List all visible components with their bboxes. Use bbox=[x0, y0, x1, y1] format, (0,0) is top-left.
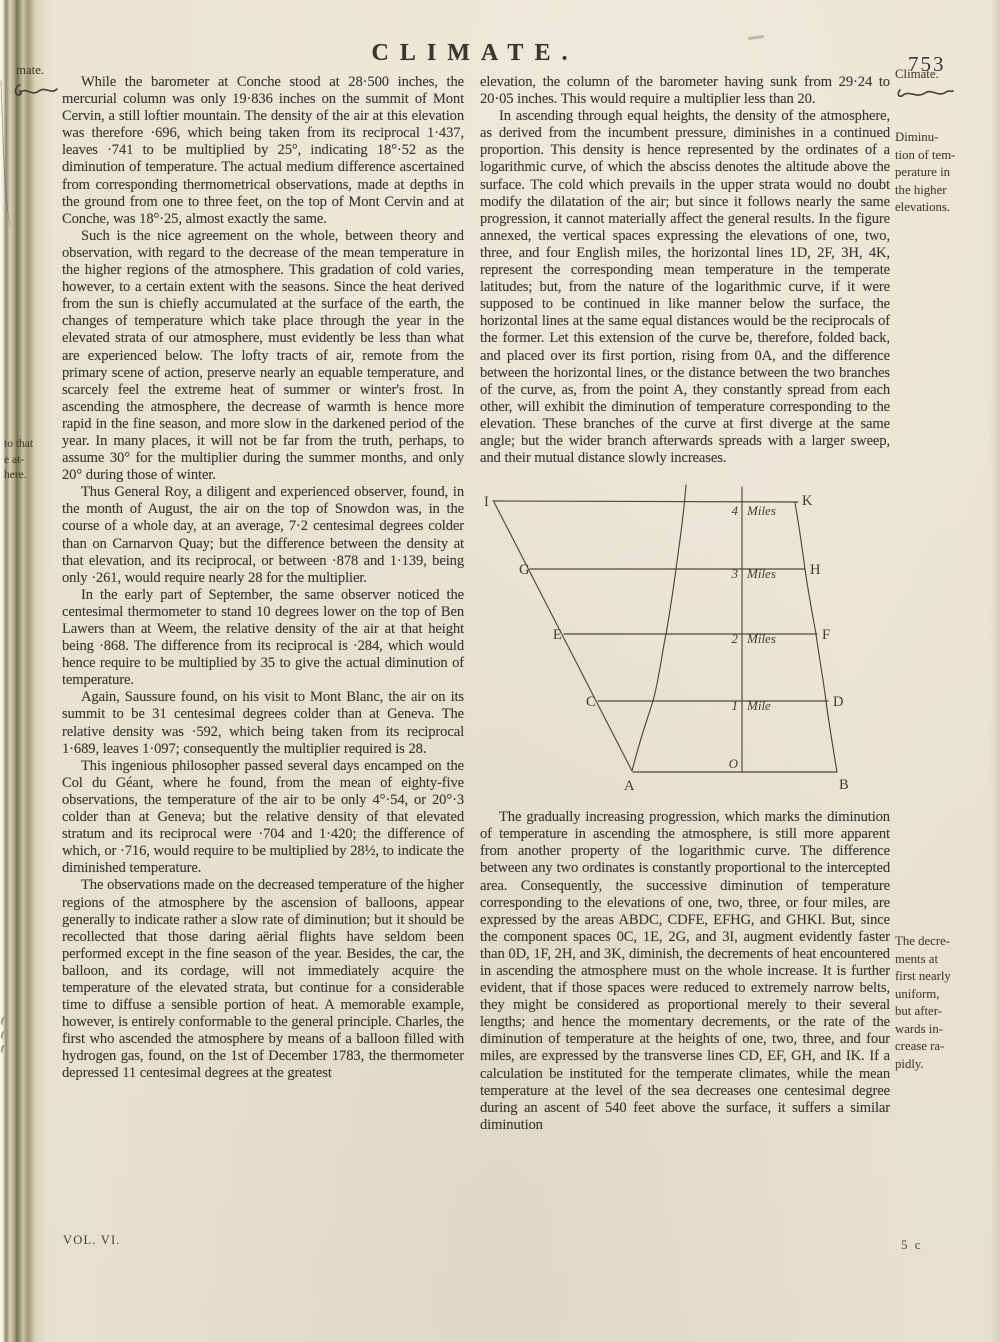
diagram-label-K: K bbox=[802, 493, 813, 509]
margin-note-line: crease ra- bbox=[895, 1038, 995, 1056]
diagram-right-branch bbox=[795, 503, 837, 772]
body-paragraph: Thus General Roy, a diligent and experie… bbox=[62, 484, 464, 587]
body-paragraph: The observations made on the decreased t… bbox=[62, 877, 464, 1082]
margin-note-line: perature in bbox=[895, 164, 995, 182]
body-paragraph: elevation, the column of the barometer h… bbox=[480, 74, 890, 108]
body-paragraph: In the early part of September, the same… bbox=[62, 587, 464, 690]
volume-footer: VOL. VI. bbox=[63, 1233, 121, 1248]
margin-note-line: here. bbox=[4, 468, 33, 484]
margin-note-line: Diminu- bbox=[895, 129, 995, 147]
left-margin-note-fragment: to that e at- here. bbox=[4, 437, 33, 484]
right-margin-running-head: Climate. bbox=[895, 66, 939, 84]
diagram-label-A: A bbox=[624, 778, 635, 794]
margin-note-line: tion of tem- bbox=[895, 147, 995, 165]
body-paragraph: Again, Saussure found, on his visit to M… bbox=[62, 689, 464, 757]
margin-note-line: elevations. bbox=[895, 199, 995, 217]
margin-note-line: e at- bbox=[4, 453, 33, 469]
diagram-scale-4: 4 bbox=[732, 503, 739, 518]
margin-note-line: wards in- bbox=[895, 1021, 995, 1039]
margin-note-line: The decre- bbox=[895, 933, 995, 951]
right-margin-note-decrements: The decre- ments at first nearly uniform… bbox=[895, 933, 995, 1073]
margin-note-line: uniform, bbox=[895, 986, 995, 1004]
diagram-label-E: E bbox=[553, 627, 562, 643]
printer-signature: 5 c bbox=[901, 1237, 923, 1253]
body-paragraph: Such is the nice agreement on the whole,… bbox=[62, 228, 464, 484]
diagram-label-F: F bbox=[822, 627, 830, 643]
diagram-label-H: H bbox=[810, 562, 821, 578]
diagram-label-B: B bbox=[839, 777, 849, 793]
page-edge-marks bbox=[1, 1012, 9, 1059]
right-margin-flourish-icon bbox=[896, 86, 956, 104]
diagram-left-branch bbox=[494, 502, 632, 771]
diagram-label-C: C bbox=[586, 694, 596, 710]
diagram-scale-3: 3 bbox=[731, 566, 739, 581]
logarithmic-curve-diagram: I K G H E F C D A B 4 Miles 3 Miles 2 Mi… bbox=[478, 481, 888, 799]
margin-note-line: but after- bbox=[895, 1003, 995, 1021]
page-title: CLIMATE. bbox=[60, 40, 890, 67]
diagram-scale-3-unit: Miles bbox=[746, 566, 776, 581]
right-margin-note-diminution: Diminu- tion of tem- perature in the hig… bbox=[895, 129, 995, 217]
diagram-scale-origin: O bbox=[729, 756, 739, 771]
diagram-scale-2: 2 bbox=[732, 631, 739, 646]
diagram-label-D: D bbox=[833, 694, 843, 710]
diagram-scale-1: 1 bbox=[732, 698, 739, 713]
diagram-line-IK bbox=[493, 501, 798, 502]
diagram-scale-2-unit: Miles bbox=[746, 631, 776, 646]
body-paragraph: The gradually increasing progression, wh… bbox=[480, 809, 890, 1134]
margin-note-line: the higher bbox=[895, 182, 995, 200]
diagram-label-I: I bbox=[484, 494, 489, 510]
body-paragraph: In ascending through equal heights, the … bbox=[480, 108, 890, 467]
right-column: elevation, the column of the barometer h… bbox=[480, 74, 890, 1134]
margin-note-line: to that bbox=[4, 437, 33, 453]
left-margin-flourish-icon bbox=[13, 82, 59, 102]
diagram-label-G: G bbox=[519, 562, 530, 578]
book-page: CLIMATE. 753 mate. to that e at- here. W… bbox=[0, 0, 1000, 1342]
margin-note-line: first nearly bbox=[895, 968, 995, 986]
body-paragraph: While the barometer at Conche stood at 2… bbox=[62, 74, 464, 228]
diagram-scale-4-unit: Miles bbox=[746, 503, 776, 518]
margin-note-line: ments at bbox=[895, 951, 995, 969]
diagram-middle-curve bbox=[632, 485, 686, 771]
left-margin-running-head: mate. bbox=[16, 62, 44, 80]
diagram-scale-1-unit: Mile bbox=[746, 698, 771, 713]
left-column: While the barometer at Conche stood at 2… bbox=[62, 74, 464, 1083]
body-paragraph: This ingenious philosopher passed severa… bbox=[62, 758, 464, 878]
margin-note-line: pidly. bbox=[895, 1056, 995, 1074]
